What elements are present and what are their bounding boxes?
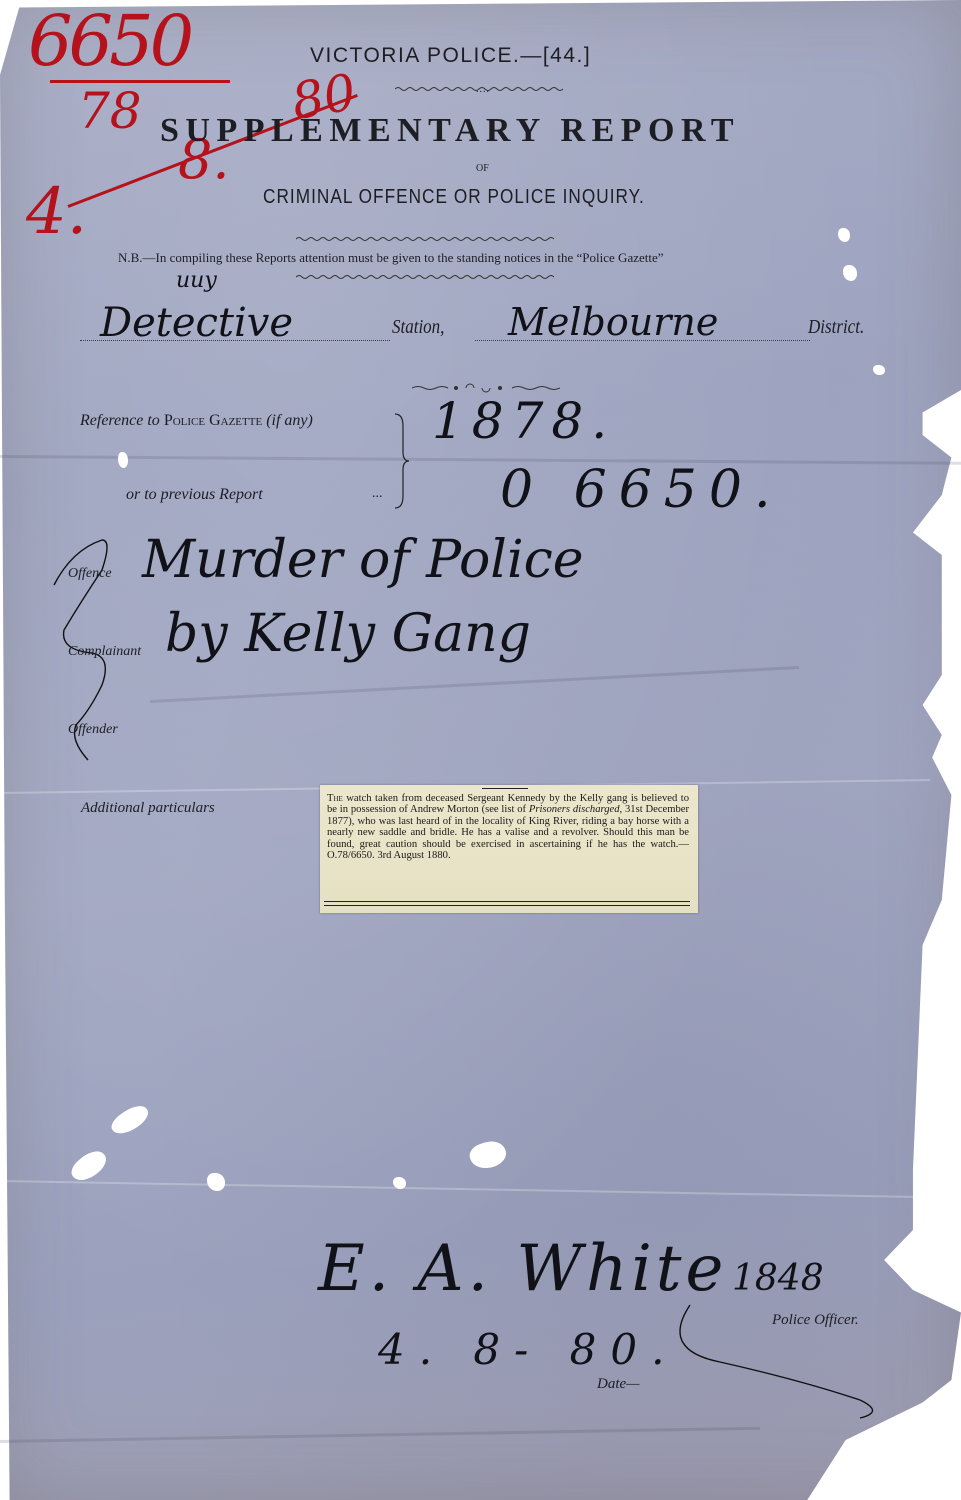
paper-hole: [843, 265, 857, 281]
offence-value-line1: Murder of Police: [142, 530, 583, 590]
officer-number: 1848: [732, 1258, 824, 1299]
gazette-reference-value: 1878.: [432, 392, 615, 450]
gazette-reference-label: Reference to Police Gazette (if any): [80, 412, 313, 430]
gazette-label-prefix: Reference to: [80, 412, 164, 429]
signature-flourish: [660, 1300, 890, 1420]
offence-value-line2: by Kelly Gang: [165, 604, 531, 664]
clipping-rule: [324, 905, 690, 906]
red-date-left: 4.: [26, 175, 87, 249]
previous-report-value: 0 6650.: [500, 460, 782, 520]
paper-hole: [393, 1177, 406, 1189]
date-value: 4. 8- 80.: [378, 1325, 678, 1374]
gazette-label-suffix: (if any): [262, 412, 313, 429]
main-title: SUPPLEMENTARY REPORT: [160, 112, 740, 150]
district-dotted-line: [475, 340, 810, 341]
previous-report-leader: ...: [372, 486, 383, 502]
offence-label: Offence: [68, 566, 112, 582]
gazette-notice: N.B.—In compiling these Reports attentio…: [118, 250, 664, 266]
officer-signature: E. A. White: [318, 1232, 727, 1306]
station-label: Station,: [392, 316, 444, 339]
of-label: OF: [476, 163, 489, 174]
additional-particulars-label: Additional particulars: [81, 800, 215, 817]
previous-report-label: or to previous Report: [126, 486, 263, 504]
paper-hole: [118, 452, 128, 468]
paper-hole: [838, 228, 850, 242]
brace-icon: [393, 412, 411, 510]
wavy-rule: [296, 274, 554, 280]
date-label: Date—: [597, 1376, 640, 1393]
subtitle: CRIMINAL OFFENCE OR POLICE INQUIRY.: [263, 186, 645, 209]
paper-hole: [873, 365, 885, 375]
gazette-clipping: The watch taken from deceased Sergeant K…: [320, 785, 698, 913]
station-correction: uuy: [176, 268, 217, 293]
offender-label: Offender: [68, 722, 118, 738]
clipping-italic: Prisoners discharged,: [529, 804, 622, 815]
district-value: Melbourne: [508, 300, 718, 344]
header-dots: ....: [476, 84, 490, 95]
paper-hole: [207, 1173, 225, 1191]
form-title: VICTORIA POLICE.—[44.]: [310, 44, 591, 68]
clipping-top-rule: [482, 788, 528, 789]
station-dotted-line: [80, 340, 390, 341]
wavy-rule: [296, 236, 554, 242]
district-label: District.: [808, 316, 864, 339]
red-year: 78: [78, 82, 142, 140]
gazette-label-smallcaps: Police Gazette: [164, 412, 262, 429]
clipping-text: The watch taken from deceased Sergeant K…: [327, 793, 689, 861]
clipping-rule: [324, 901, 690, 902]
red-file-number: 6650: [28, 0, 190, 82]
complainant-label: Complainant: [68, 644, 141, 660]
clipping-lead-word: The: [327, 793, 343, 804]
